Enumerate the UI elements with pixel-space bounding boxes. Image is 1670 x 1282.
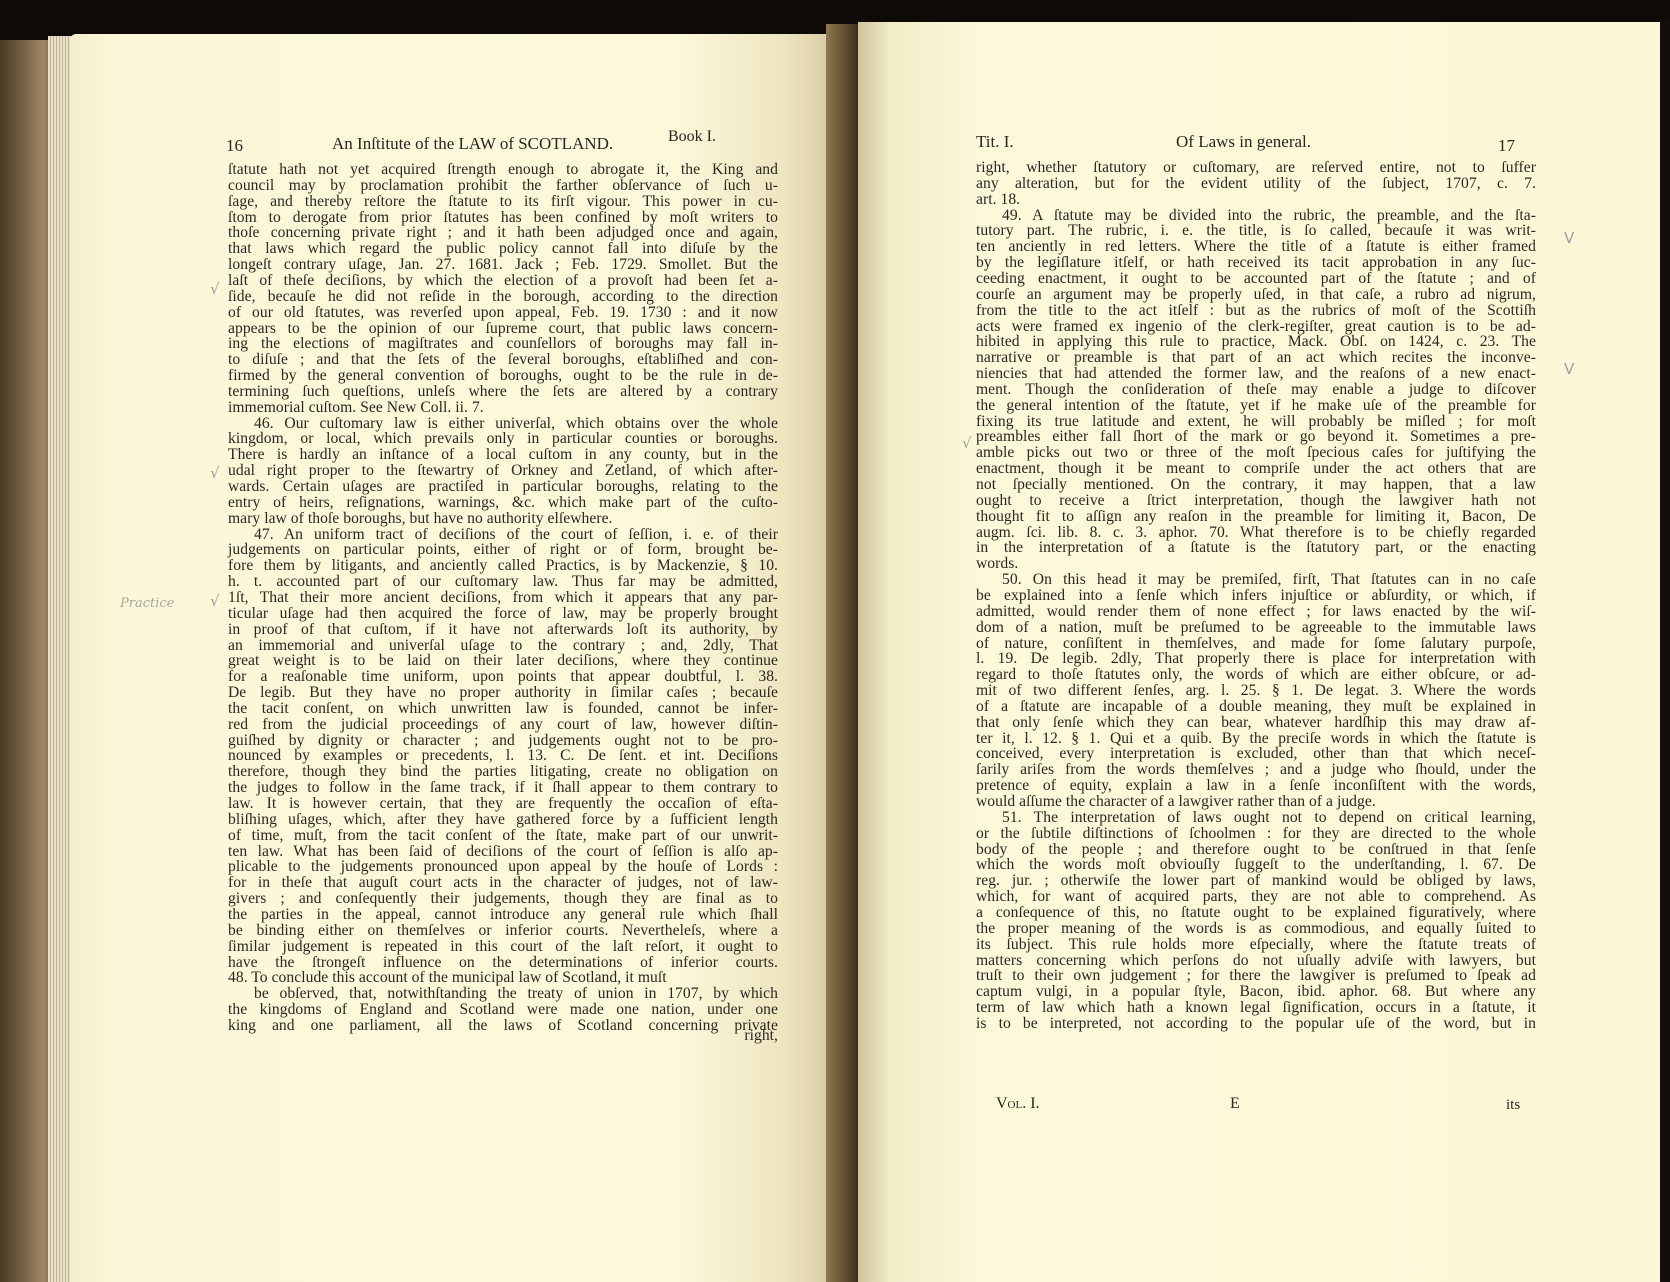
text-line: be explained into a ſenſe which infers i… [976, 588, 1536, 604]
text-line: 46. Our cuſtomary law is either univerſa… [228, 416, 778, 432]
text-line: De legib. But they have no proper author… [228, 685, 778, 701]
text-line: which the words moſt obviouſly ſuggeſt t… [976, 857, 1536, 873]
text-line: h. t. accounted part of our cuſtomary la… [228, 574, 778, 590]
right-page-number: 17 [1498, 136, 1515, 156]
text-line: dom of a nation, muſt be preſumed to be … [976, 620, 1536, 636]
text-line: that laws which regard the public policy… [228, 241, 778, 257]
pencil-check-mark: √ [210, 464, 220, 482]
volume-label: Vol. I. [996, 1095, 1040, 1112]
text-line: words. [976, 556, 1536, 572]
text-line: thoſe concerning private right ; and it … [228, 225, 778, 241]
text-line: guiſhed by dignity or character ; and ju… [228, 733, 778, 749]
text-line: longeſt contrary uſage, Jan. 27. 1681. J… [228, 257, 778, 273]
text-line: the parties in the appeal, cannot introd… [228, 907, 778, 923]
text-line: matters concerning which perſons do not … [976, 953, 1536, 969]
text-line: of time, muſt, from the tacit conſent of… [228, 828, 778, 844]
pencil-check-mark: √ [962, 434, 972, 452]
text-line: 1ſt, That their more ancient deciſions, … [228, 590, 778, 606]
text-line: in the interpretation of a ſtatute is th… [976, 540, 1536, 556]
text-line: reg. jur. ; otherwiſe the lower part of … [976, 873, 1536, 889]
text-line: ment. Though the conſideration of theſe … [976, 382, 1536, 398]
text-line: ticular uſage had then acquired the forc… [228, 606, 778, 622]
text-line: the kingdoms of England and Scotland wer… [228, 1002, 778, 1018]
text-line: right, whether ſtatutory or cuſtomary, a… [976, 160, 1536, 176]
text-line: its ſubject. This rule holds more eſpeci… [976, 937, 1536, 953]
text-line: be binding either on themſelves or infer… [228, 923, 778, 939]
right-page: Tit. I. Of Laws in general. 17 right, wh… [858, 22, 1670, 1282]
text-line: great weight is to be laid on their late… [228, 653, 778, 669]
text-line: term of law which hath a known legal ſig… [976, 1000, 1536, 1016]
pencil-check-mark: √ [210, 280, 220, 298]
text-line: conceived, every interpretation is exclu… [976, 746, 1536, 762]
text-line: the judges to follow in the ſame track, … [228, 780, 778, 796]
text-line: laſt of theſe deciſions, by which the el… [228, 273, 778, 289]
book-gutter [826, 24, 862, 1282]
text-line: ſarily ariſes from the words themſelves … [976, 762, 1536, 778]
text-line: of nature, conſiſtent in themſelves, and… [976, 636, 1536, 652]
pencil-check-mark: V [1564, 229, 1574, 247]
pencil-margin-note: Practice [120, 596, 174, 611]
left-page-number: 16 [226, 136, 243, 156]
pencil-check-mark: V [1564, 360, 1574, 378]
right-catchword: its [1506, 1097, 1520, 1114]
text-line: not ſpecially mentioned. On the contrary… [976, 477, 1536, 493]
right-running-title: Of Laws in general. [1176, 132, 1311, 152]
text-line: 48. To conclude this account of the muni… [228, 970, 778, 986]
pencil-check-mark: √ [210, 592, 220, 610]
text-line: an immemorial and univerſal uſage to the… [228, 638, 778, 654]
text-line: There is hardly an inſtance of a local c… [228, 447, 778, 463]
text-line: fore them by litigants, and anciently ca… [228, 558, 778, 574]
text-line: the general intention of the ſtatute, ye… [976, 398, 1536, 414]
text-line: fixing its true latitude and extent, he … [976, 414, 1536, 430]
text-line: body of the people ; and therefore ought… [976, 842, 1536, 858]
text-line: have the ſtrongeſt influence on the dete… [228, 955, 778, 971]
text-line: 49. A ſtatute may be divided into the ru… [976, 208, 1536, 224]
text-line: ſtatute hath not yet acquired ſtrength e… [228, 162, 778, 178]
text-line: admitted, would render them of none effe… [976, 604, 1536, 620]
text-line: entry of heirs, reſignations, warnings, … [228, 495, 778, 511]
text-line: to diſuſe ; and that the ſets of the ſev… [228, 352, 778, 368]
text-line: 47. An uniform tract of deciſions of the… [228, 527, 778, 543]
text-line: augm. ſci. lib. 8. c. 3. aphor. 70. What… [976, 525, 1536, 541]
volume-footer: Vol. I. [996, 1095, 1040, 1113]
text-line: ter it, l. 12. § 1. Qui et a quib. By th… [976, 731, 1536, 747]
text-line: niencies that had attended the former la… [976, 366, 1536, 382]
dark-background-edge [1660, 20, 1670, 1282]
text-line: any alteration, but for the evident util… [976, 176, 1536, 192]
text-line: ten law. What has been ſaid of deciſions… [228, 844, 778, 860]
left-page: 16 An Inſtitute of the LAW of SCOTLAND. … [70, 34, 830, 1282]
text-line: regard to thoſe ſtatutes only, the words… [976, 667, 1536, 683]
text-line: appears to be the opinion of our ſupreme… [228, 321, 778, 337]
text-line: enactment, though it be meant to compriſ… [976, 461, 1536, 477]
text-line: in proof of that cuſtom, if it have not … [228, 622, 778, 638]
text-line: a conſequence of this, no ſtatute ought … [976, 905, 1536, 921]
text-line: termining ſuch queſtions, unleſs where t… [228, 384, 778, 400]
text-line: narrative or preamble is that part of an… [976, 350, 1536, 366]
text-line: would aſſume the character of a lawgiver… [976, 794, 1536, 810]
text-line: ſide, becauſe he did not reſide in the b… [228, 289, 778, 305]
text-line: courſe an argument may be properly uſed,… [976, 287, 1536, 303]
text-line: captum vulgi, in a popular ſtyle, Bacon,… [976, 984, 1536, 1000]
text-line: law. It is however certain, that they ar… [228, 796, 778, 812]
text-line: immemorial cuſtom. See New Coll. ii. 7. [228, 400, 778, 416]
text-line: by the legiſlature itſelf, or hath recei… [976, 255, 1536, 271]
text-line: 51. The interpretation of laws ought not… [976, 810, 1536, 826]
text-line: givers ; and conſequently their judgemen… [228, 891, 778, 907]
text-line: kingdom, or local, which prevails only i… [228, 431, 778, 447]
text-line: ſage, and thereby reſtore the ſtatute to… [228, 194, 778, 210]
text-line: ſtom to derogate from prior ſtatutes has… [228, 210, 778, 226]
text-line: council may by proclamation prohibit the… [228, 178, 778, 194]
text-line: acts were framed ex ingenio of the clerk… [976, 319, 1536, 335]
text-line: plicable to the judgements pronounced up… [228, 859, 778, 875]
text-line: ceeding enactment, it ought to be accoun… [976, 271, 1536, 287]
text-line: the proper meaning of the words is as co… [976, 921, 1536, 937]
text-line: tutory part. The rubric, i. e. the title… [976, 223, 1536, 239]
text-line: be obſerved, that, notwithſtanding the t… [228, 986, 778, 1002]
text-line: nounced by examples or precedents, l. 13… [228, 748, 778, 764]
text-line: the tacit conſent, on which unwritten la… [228, 701, 778, 717]
text-line: ten anciently in red letters. Where the … [976, 239, 1536, 255]
text-line: ſimilar judgement is repeated in this co… [228, 939, 778, 955]
text-line: ought to receive a ſtrict interpretation… [976, 493, 1536, 509]
text-line: of a ſtatute are incapable of a double m… [976, 699, 1536, 715]
text-line: pretence of equity, explain a law in a ſ… [976, 778, 1536, 794]
text-line: that only ſenſe which they can bear, wha… [976, 715, 1536, 731]
text-line: from the title to the act itſelf : but a… [976, 303, 1536, 319]
text-line: truſt to their own judgement ; for there… [976, 968, 1536, 984]
text-line: mary law of thoſe boroughs, but have no … [228, 511, 778, 527]
text-line: or the ſubtile diſtinctions of ſchoolmen… [976, 826, 1536, 842]
right-section-label: Tit. I. [976, 132, 1014, 152]
text-line: for in theſe that auguſt court acts in t… [228, 875, 778, 891]
text-line: udal right proper to the ſtewartry of Or… [228, 463, 778, 479]
text-line: 50. On this head it may be premiſed, fir… [976, 572, 1536, 588]
text-line: therefore, though they bind the parties … [228, 764, 778, 780]
text-line: of our old ſtatutes, was reverſed upon a… [228, 305, 778, 321]
text-line: mit of two different ſenſes, arg. l. 25.… [976, 683, 1536, 699]
text-line: for a reaſonable time uniform, upon poin… [228, 669, 778, 685]
text-line: judgements on particular points, either … [228, 542, 778, 558]
text-line: hibited in applying this rule to practic… [976, 334, 1536, 350]
left-section-label: Book I. [668, 128, 716, 146]
text-line: red from the judicial proceedings of any… [228, 717, 778, 733]
text-line: wards. Certain uſages are practiſed in p… [228, 479, 778, 495]
left-running-title: An Inſtitute of the LAW of SCOTLAND. [332, 134, 613, 154]
text-line: preambles either fall ſhort of the mark … [976, 429, 1536, 445]
text-line: l. 19. De legib. 2dly, That properly the… [976, 651, 1536, 667]
text-line: which, for want of acquired parts, they … [976, 889, 1536, 905]
text-line: is to be interpreted, not according to t… [976, 1016, 1536, 1032]
text-line: bliſhing uſages, which, after they have … [228, 812, 778, 828]
text-line: amble picks out two or three of the moſt… [976, 445, 1536, 461]
left-catchword: right, [228, 1028, 778, 1044]
text-line: thought fit to aſſign any reaſon in the … [976, 509, 1536, 525]
text-line: art. 18. [976, 192, 1536, 208]
signature-mark: E [1230, 1095, 1240, 1113]
text-line: ing the elections of magiſtrates and cou… [228, 336, 778, 352]
text-line: firmed by the general convention of boro… [228, 368, 778, 384]
